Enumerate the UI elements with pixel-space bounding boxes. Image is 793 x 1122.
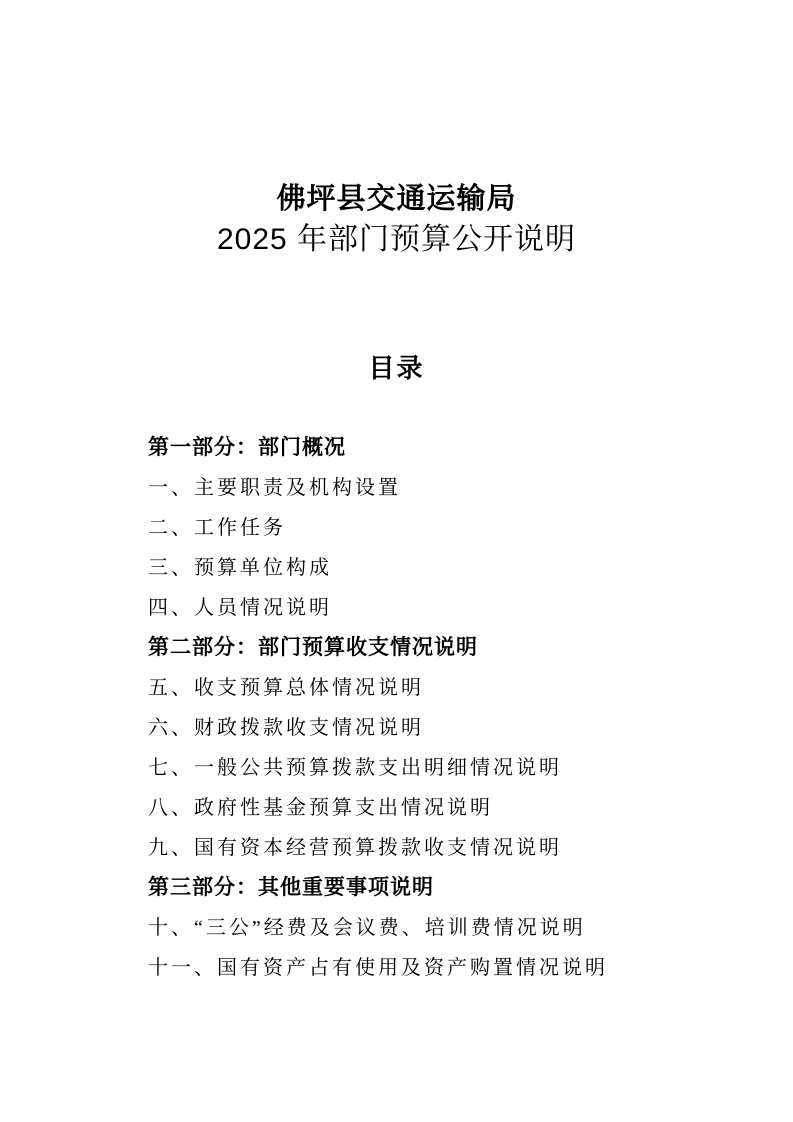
toc-item: 八、政府性基金预算支出情况说明 bbox=[148, 788, 688, 828]
toc-item: 九、国有资本经营预算拨款收支情况说明 bbox=[148, 828, 688, 868]
document-page: 佛坪县交通运输局 2025 年部门预算公开说明 目录 第一部分：部门概况一、主要… bbox=[0, 0, 793, 1122]
document-title-block: 佛坪县交通运输局 2025 年部门预算公开说明 bbox=[0, 180, 793, 260]
toc-section-heading: 第二部分：部门预算收支情况说明 bbox=[148, 628, 688, 668]
document-title-line1: 佛坪县交通运输局 bbox=[0, 180, 793, 218]
toc-item: 三、预算单位构成 bbox=[148, 548, 688, 588]
toc-item: 六、财政拨款收支情况说明 bbox=[148, 708, 688, 748]
document-title-line2: 2025 年部门预算公开说明 bbox=[0, 220, 793, 260]
toc-item: 五、收支预算总体情况说明 bbox=[148, 668, 688, 708]
toc-heading: 目录 bbox=[0, 348, 793, 385]
toc-item: 一、主要职责及机构设置 bbox=[148, 468, 688, 508]
toc-item: 七、一般公共预算拨款支出明细情况说明 bbox=[148, 748, 688, 788]
toc-item: 十、“三公”经费及会议费、培训费情况说明 bbox=[148, 908, 688, 948]
toc-item: 十一、国有资产占有使用及资产购置情况说明 bbox=[148, 948, 688, 988]
toc-item: 四、人员情况说明 bbox=[148, 588, 688, 628]
table-of-contents: 第一部分：部门概况一、主要职责及机构设置二、工作任务三、预算单位构成四、人员情况… bbox=[148, 428, 688, 988]
toc-section-heading: 第三部分：其他重要事项说明 bbox=[148, 868, 688, 908]
toc-item: 二、工作任务 bbox=[148, 508, 688, 548]
toc-section-heading: 第一部分：部门概况 bbox=[148, 428, 688, 468]
